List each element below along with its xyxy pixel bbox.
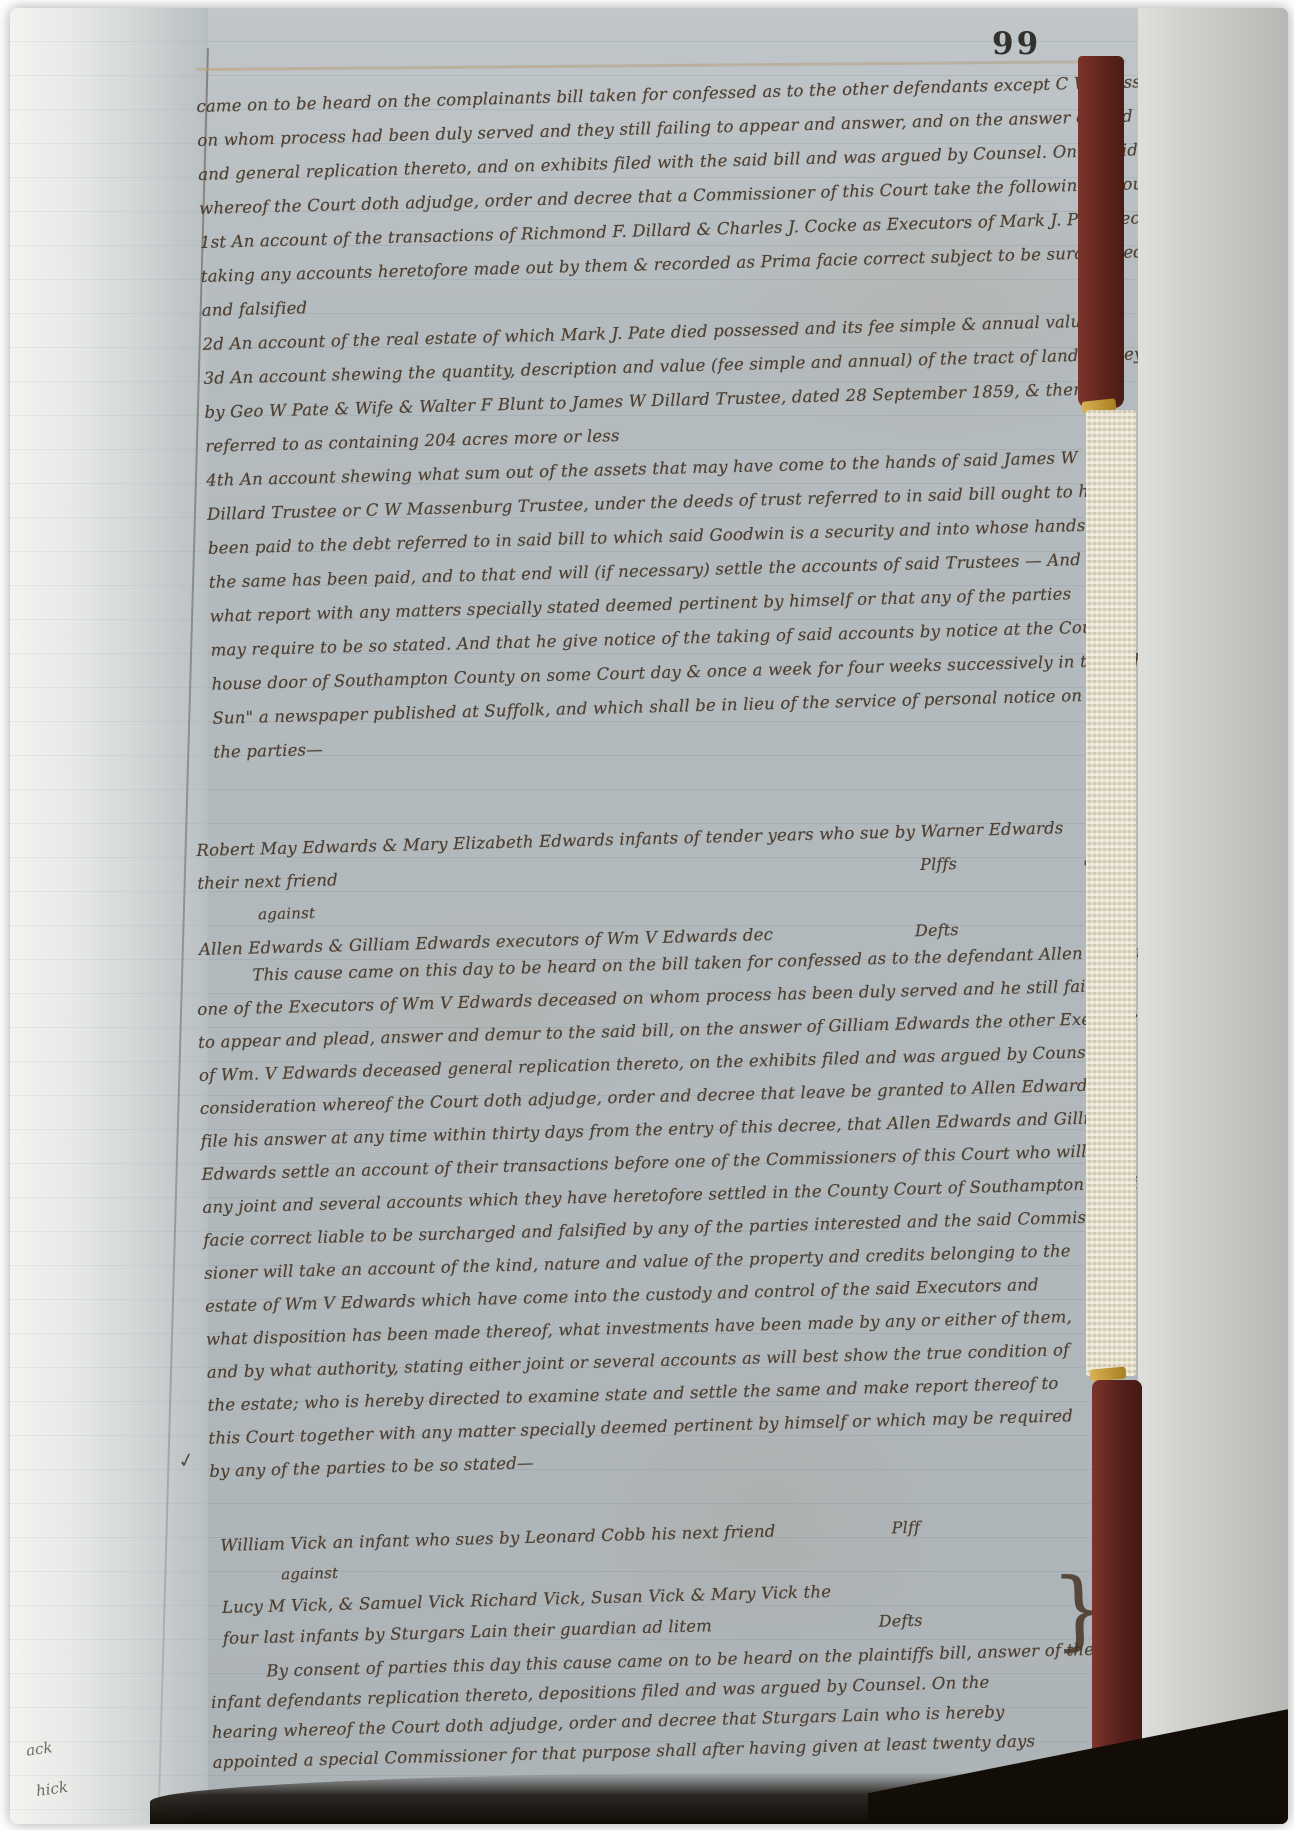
facing-page-ruled-lines	[10, 8, 206, 1824]
facing-page-edge: ack hick	[10, 8, 206, 1824]
record-book-photo: ack hick 99 came on to be heard on the c…	[10, 8, 1288, 1824]
plaintiff-abbrev-label: Plff	[891, 1512, 920, 1544]
decree-entry-vick: By consent of parties this day this caus…	[210, 1635, 1103, 1778]
defendant-abbrev-label: Defts	[878, 1605, 923, 1637]
decree-entry-edwards: This cause came on this day to be heard …	[196, 937, 1100, 1488]
binding-leather-strip-top	[1078, 56, 1124, 408]
page-number: 99	[992, 26, 1041, 62]
page-block-right-edge	[1138, 8, 1288, 1824]
plaintiff-continuation: their next friend	[197, 870, 338, 893]
screenshot-stage: ack hick 99 came on to be heard on the c…	[0, 0, 1294, 1830]
decree-entry-pate: came on to be heard on the complainants …	[196, 67, 1103, 770]
case-caption-vick: William Vick an infant who sues by Leona…	[220, 1512, 923, 1654]
binding-cloth-weave	[1086, 410, 1136, 1376]
showthrough-text-fragment: ack	[25, 1738, 54, 1760]
plaintiff-abbrev-label: Plffs	[920, 847, 958, 881]
